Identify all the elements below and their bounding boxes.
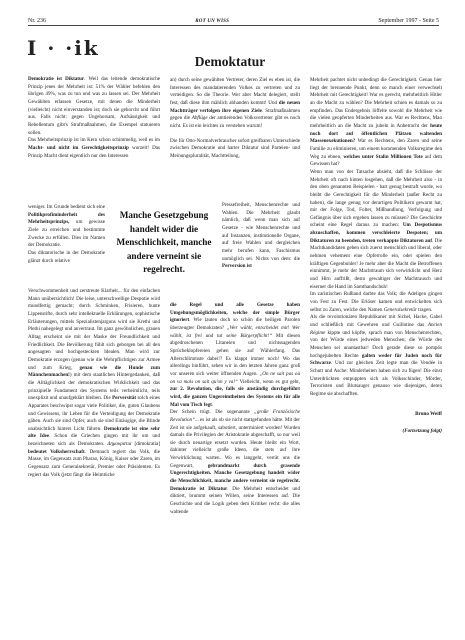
text: Wenn man von der Tatsache absieht, daß d… xyxy=(310,169,442,229)
pull-quote: Manche Gesetzgebung handelt wider die Me… xyxy=(108,209,220,277)
bold-text: Macht- und nicht im Gerechtigkeitsprinzi… xyxy=(28,145,129,151)
column-3: Mehrheit pachtet nicht unbedingt die Ger… xyxy=(310,77,442,436)
continuation-note: (Fortsetzung folgt) xyxy=(310,428,442,436)
column-2-narrow: Pressefreiheit, Menschenrechte und Wahle… xyxy=(222,202,300,271)
text: Verschwommenheit und zerstreute Klarheit… xyxy=(28,288,160,371)
text: . xyxy=(212,402,213,408)
paragraph: Wenn man von der Tatsache absieht, daß d… xyxy=(310,169,442,292)
paragraph: Pressefreiheit, Menschenrechte und Wahle… xyxy=(222,202,300,271)
text: . Die Machtkandidaten geben sich zuerst … xyxy=(310,238,442,290)
italic-text: Generalsekretär xyxy=(384,307,417,313)
column-1-narrow: weniger. Im Grunde bedient sich eine Pol… xyxy=(28,204,105,265)
greek-word: Δημοκρατια xyxy=(107,441,131,447)
bold-text: zur 2. Revolution, die, falls sie anstän… xyxy=(170,386,300,407)
column-1-top: Demokratie ist Diktatur. Weil das leiten… xyxy=(28,76,160,160)
text: Pressefreiheit, Menschenrechte und Wahle… xyxy=(222,202,300,262)
column-2-top: an) durch seine gewählten Vertreter, der… xyxy=(170,77,300,161)
column-1-bottom: Verschwommenheit und zerstreute Klarheit… xyxy=(28,288,160,479)
page-header: Nr. 236 ROT UN WISS September 1997 - Sei… xyxy=(28,14,439,26)
paragraph: an) durch seine gewählten Vertreter, der… xyxy=(170,77,300,131)
paragraph: Demokratie ist Diktatur. Weil das leiten… xyxy=(28,76,160,137)
text: tragen. xyxy=(417,307,432,313)
paragraph: Die für Otto-Normalverbraucher sofort gr… xyxy=(170,138,300,161)
text: Mehrheit pachtet nicht unbedingt die Ger… xyxy=(310,77,442,129)
column-2-bottom: die Regel und alle Gesetze haben Umgehun… xyxy=(170,302,300,516)
italic-text: Abflüge xyxy=(192,115,208,121)
paragraph: weniger. Im Grunde bedient sich eine Pol… xyxy=(28,204,105,250)
paragraph: Mehrheit pachtet nicht unbedingt die Ger… xyxy=(310,77,442,169)
paragraph: die Regel und alle Gesetze haben Umgehun… xyxy=(170,302,300,409)
paragraph: Das diktatorische in der Demokratie glän… xyxy=(28,250,105,265)
text: Der Schein trügt. Die sogenannte xyxy=(170,409,254,415)
section-logo: I · ·ik xyxy=(27,36,100,60)
text: . Weil das leitende demokratische Prinzi… xyxy=(28,76,160,136)
paragraph: Verschwommenheit und zerstreute Klarheit… xyxy=(28,288,160,479)
paragraph: Das Mehrheitsprinzip ist im Kern schon s… xyxy=(28,137,160,160)
text: [dimokratia] xyxy=(131,441,160,447)
paragraph: Im zaristischen Rußland darbte das Volk;… xyxy=(310,291,442,314)
issue-number: Nr. 236 xyxy=(28,18,46,24)
text: Das Mehrheitsprinzip ist im Kern schon s… xyxy=(28,137,160,143)
bold-lead: Demokratie ist Diktatur xyxy=(28,76,84,82)
bold-text: Perversität xyxy=(112,395,136,401)
paragraph: Der Schein trügt. Die sogenannte „große … xyxy=(170,409,300,516)
paragraph: Als die revolutionären Republikaner mit … xyxy=(310,314,442,398)
text: Vielleicht, wenn es gut geht, xyxy=(238,379,300,385)
date-page: September 1997 - Seite 5 xyxy=(378,18,439,24)
article-title: Demoktatur xyxy=(160,54,300,70)
text: Als die revolutionären Republikaner mit … xyxy=(310,314,442,328)
author-signature: Bruno Weiff xyxy=(310,411,442,419)
bold-text: welches unter Stalin Millionen Tote xyxy=(343,154,422,160)
publication-name: ROT UN WISS xyxy=(195,19,229,24)
bold-text: Perversion ist xyxy=(222,263,252,269)
text: weniger. Im Grunde bedient sich eine xyxy=(28,204,105,210)
text: ... es ist als ob sie nicht stattgefunde… xyxy=(170,417,300,469)
bold-text: bedeutet Volksherrschaft xyxy=(28,449,85,455)
